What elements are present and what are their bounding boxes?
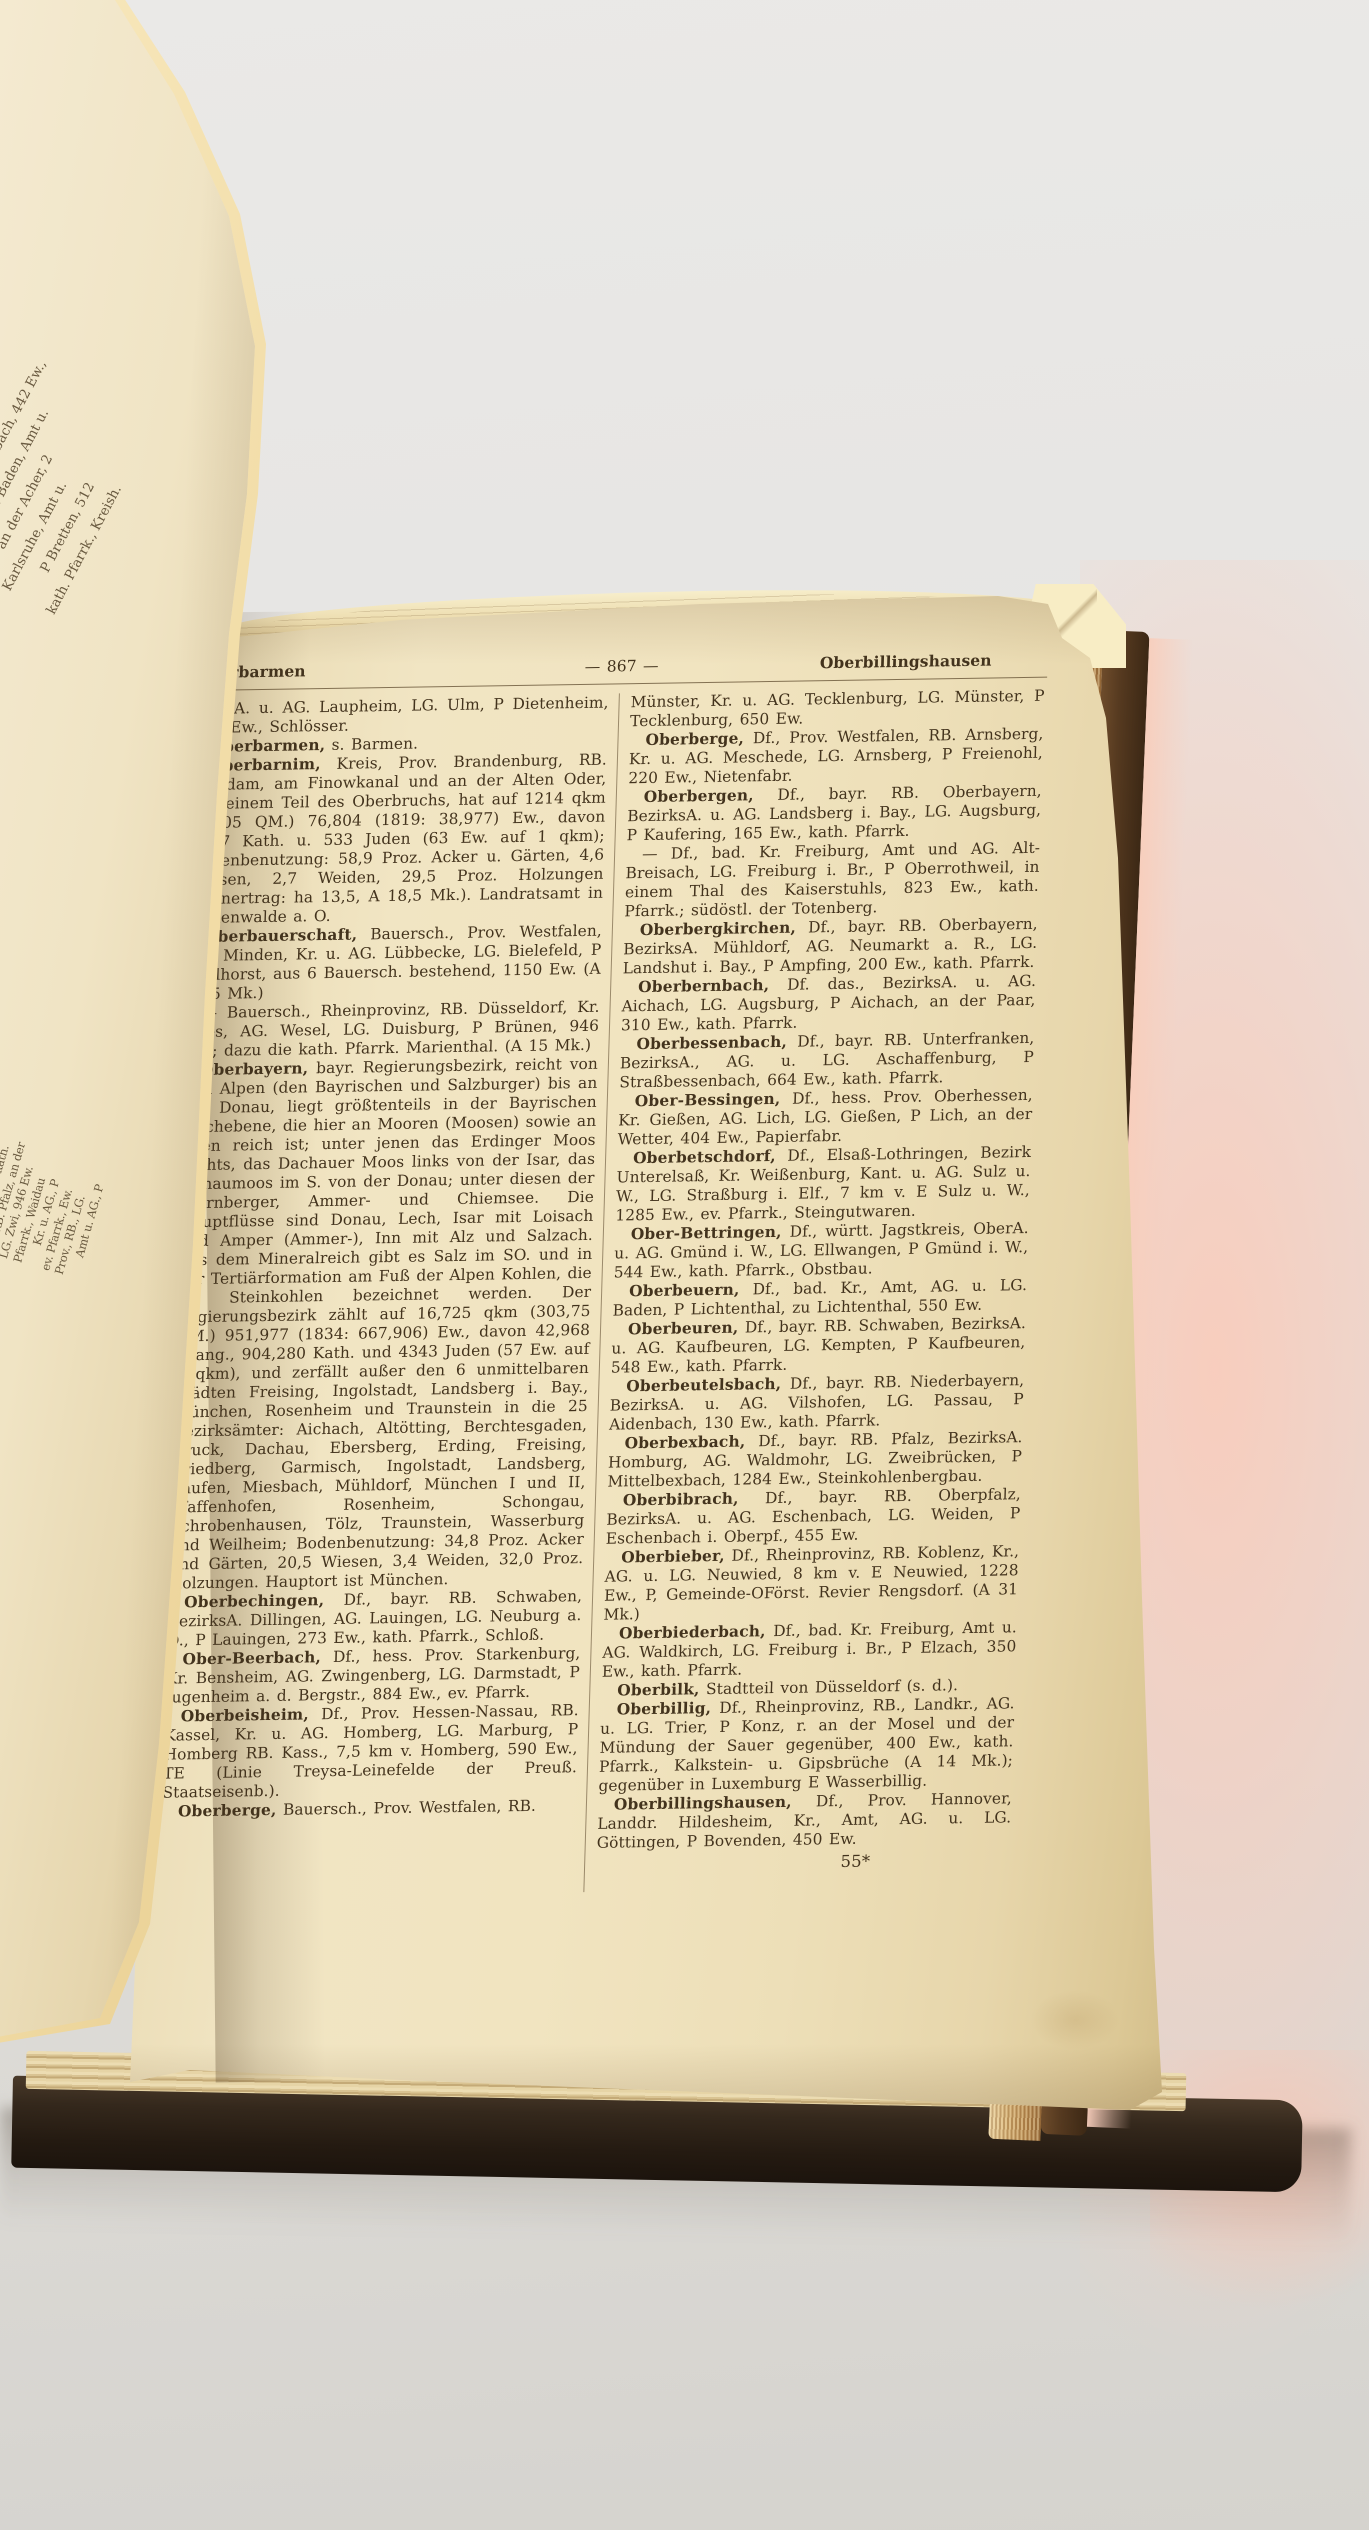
gazetteer-entry: Oberbeisheim, Df., Prov. Hessen-Nassau, … (162, 1701, 579, 1803)
signature-mark: 55* (596, 1849, 1011, 1875)
gazetteer-entry: Oberbeutelsbach, Df., bayr. RB. Niederba… (609, 1371, 1025, 1435)
entry-headword: Oberbernbach, (638, 976, 770, 996)
turning-page-text-line: Niederbayern, P (0, 602, 122, 1240)
gazetteer-entry: Oberbieber, Df., Rheinprovinz, RB. Koble… (603, 1542, 1019, 1625)
entry-headword: Oberbillig, (616, 1699, 711, 1718)
entry-headword: Oberbibrach, (623, 1490, 739, 1510)
gazetteer-entry: Ober-Bessingen, Df., hess. Prov. Oberhes… (617, 1086, 1033, 1150)
turning-page-text-line: Pfarrk., Kr. Baden, Amt u. (0, 13, 265, 572)
turning-page-text-line: P Gertheim, ev. u. kath. Pfarrk. (0, 0, 176, 526)
gazetteer-entry: Oberbergen, Df., bayr. RB. Oberbayern, B… (626, 782, 1042, 846)
entry-text: OberA. u. AG. Laupheim, LG. Ulm, P Diete… (194, 694, 609, 738)
entry-headword: Ober-Bettringen, (631, 1223, 782, 1243)
entry-headword: Oberbeutelsbach, (626, 1375, 782, 1395)
entry-text: s. Barmen. (325, 735, 418, 754)
entry-headword: Oberberge, (645, 729, 744, 749)
gazetteer-entry: OberA. u. AG. Laupheim, LG. Ulm, P Diete… (194, 694, 609, 739)
page-number: — 867 — (584, 657, 659, 677)
entry-headword: Oberbechingen, (184, 1591, 325, 1611)
turning-page-text-line: Kant. Erstein, AG. (0, 0, 154, 514)
turning-page-text-line: P Bretten, 512 (18, 48, 331, 607)
turning-page-text-line: Kr. u. AG., P (24, 630, 220, 1268)
left-column: OberA. u. AG. Laupheim, LG. Ulm, P Diete… (159, 693, 619, 1898)
turning-page-text-line: Karlsruhe, Amt u. (0, 37, 309, 596)
entry-headword: Ober-Beerbach, (182, 1648, 321, 1668)
entry-headword: Oberbillingshausen, (614, 1793, 793, 1814)
entry-text: Bauersch., Prov. Westfalen, RB. (276, 1797, 536, 1819)
gazetteer-entry: Oberbauerschaft, Bauersch., Prov. Westfa… (186, 922, 602, 1005)
gazetteer-entry: Oberberge, Df., Prov. Westfalen, RB. Arn… (628, 725, 1044, 789)
entry-text: Kreis, Prov. Brandenburg, RB. Potsdam, a… (188, 751, 607, 928)
entry-headword: Oberbeisheim, (181, 1705, 310, 1725)
turning-page-text-line: hess. Prov. Starkenb., (0, 0, 220, 549)
gazetteer-entry: Oberbillig, Df., Rheinprovinz, RB., Land… (598, 1694, 1015, 1796)
gazetteer-entry: — Df., bad. Kr. Freiburg, Amt und AG. Al… (624, 839, 1040, 922)
entry-headword: Oberbergen, (644, 786, 755, 806)
gazetteer-entry: Oberbernbach, Df. das., BezirksA. u. AG.… (621, 972, 1037, 1036)
entry-headword: Oberbiederbach, (619, 1622, 766, 1642)
turning-page-text-line: RB. Pfalz, an der (0, 618, 178, 1256)
printed-page-content: Oberbarmen — 867 — Oberbillingshausen Ob… (159, 650, 1048, 1899)
gazetteer-entry: Oberbeuren, Df., bayr. RB. Schwaben, Bez… (611, 1314, 1027, 1378)
gazetteer-entry: Oberbergkirchen, Df., bayr. RB. Oberbaye… (622, 915, 1038, 979)
gazetteer-entry: Oberbetschdorf, Df., Elsaß-Lothringen, B… (615, 1143, 1031, 1226)
turning-page-text-line: Wald-Michelbach, 442 Ew., (0, 2, 243, 561)
entry-text: — Bauersch., Rheinprovinz, RB. Düsseldor… (184, 998, 600, 1061)
gazetteer-entry: Ober-Beerbach, Df., hess. Prov. Starkenb… (165, 1644, 581, 1708)
entry-headword: Oberberge, (178, 1801, 277, 1821)
turning-page-text-line: LG. Zwi, 946 Ew. (0, 622, 192, 1260)
entry-headword: Oberbetschdorf, (633, 1147, 776, 1167)
entry-headword: Oberbeuern, (629, 1281, 740, 1301)
turning-page-text-line: an der Acher, 2 (0, 25, 287, 584)
turning-page-text-line: i. Bay., P kath. Pfarrk. (0, 606, 136, 1244)
gazetteer-entry: Oberbechingen, Df., bayr. RB. Schwaben, … (167, 1587, 583, 1651)
gazetteer-entry: Ober-Bettringen, Df., württ. Jagstkreis,… (613, 1219, 1029, 1283)
entry-headword: Oberbayern, (200, 1059, 309, 1079)
entry-headword: Oberbexbach, (624, 1432, 745, 1452)
gazetteer-entry: — Bauersch., Rheinprovinz, RB. Düsseldor… (184, 998, 600, 1062)
gazetteer-entry: Oberbayern, bayr. Regierungsbezirk, reic… (168, 1055, 598, 1594)
entry-text: bayr. Regierungsbezirk, reicht von den A… (168, 1055, 598, 1593)
turning-page-text-line: Zwickau, LG. Zwi- (0, 598, 108, 1236)
gazetteer-entry: Oberbessenbach, Df., bayr. RB. Unterfran… (619, 1029, 1035, 1093)
turning-page-text-line: Oberfranken, LG. Bai- (0, 610, 150, 1248)
gazetteer-entry: Oberbarnim, Kreis, Prov. Brandenburg, RB… (188, 751, 607, 929)
entry-headword: Oberbessenbach, (636, 1033, 787, 1053)
turning-page-text-line: kath. Pfarrk., Kreish. (40, 60, 353, 619)
right-column: Münster, Kr. u. AG. Tecklenburg, LG. Mün… (583, 687, 1045, 1892)
gazetteer-entry: Oberbexbach, Df., bayr. RB. Pfalz, Bezir… (607, 1428, 1023, 1492)
book-photo-scene: Oberbarmen — 867 — Oberbillingshausen Ob… (0, 0, 1369, 2530)
entry-headword: Oberbieber, (621, 1547, 725, 1567)
entry-headword: Oberbauerschaft, (204, 926, 358, 946)
entry-headword: Ober-Bessingen, (635, 1090, 781, 1110)
page-stain (1030, 1990, 1120, 2050)
entry-text: — Df., bad. Kr. Freiburg, Amt und AG. Al… (624, 839, 1040, 921)
entry-headword: Oberbilk, (617, 1680, 700, 1699)
entry-text: Münster, Kr. u. AG. Tecklenburg, LG. Mün… (630, 687, 1045, 731)
gazetteer-entry: Oberbibrach, Df., bayr. RB. Oberpfalz, B… (606, 1485, 1022, 1549)
text-columns: OberA. u. AG. Laupheim, LG. Ulm, P Diete… (159, 687, 1046, 1899)
gazetteer-entry: Münster, Kr. u. AG. Tecklenburg, LG. Mün… (630, 687, 1045, 732)
gazetteer-entry: Oberbiederbach, Df., bad. Kr. Freiburg, … (602, 1618, 1018, 1682)
turning-page-text-line: 866 — Ew., u. kath. (0, 614, 164, 1252)
gazetteer-entry: Oberbeuern, Df., bad. Kr., Amt, AG. u. L… (612, 1276, 1027, 1321)
entry-headword: Oberbergkirchen, (640, 919, 797, 939)
gazetteer-entry: Oberbillingshausen, Df., Prov. Hannover,… (596, 1789, 1012, 1853)
turning-page-text-line: Pfarrk., Waidau (10, 626, 206, 1264)
entry-headword: Oberbeuren, (628, 1319, 739, 1339)
